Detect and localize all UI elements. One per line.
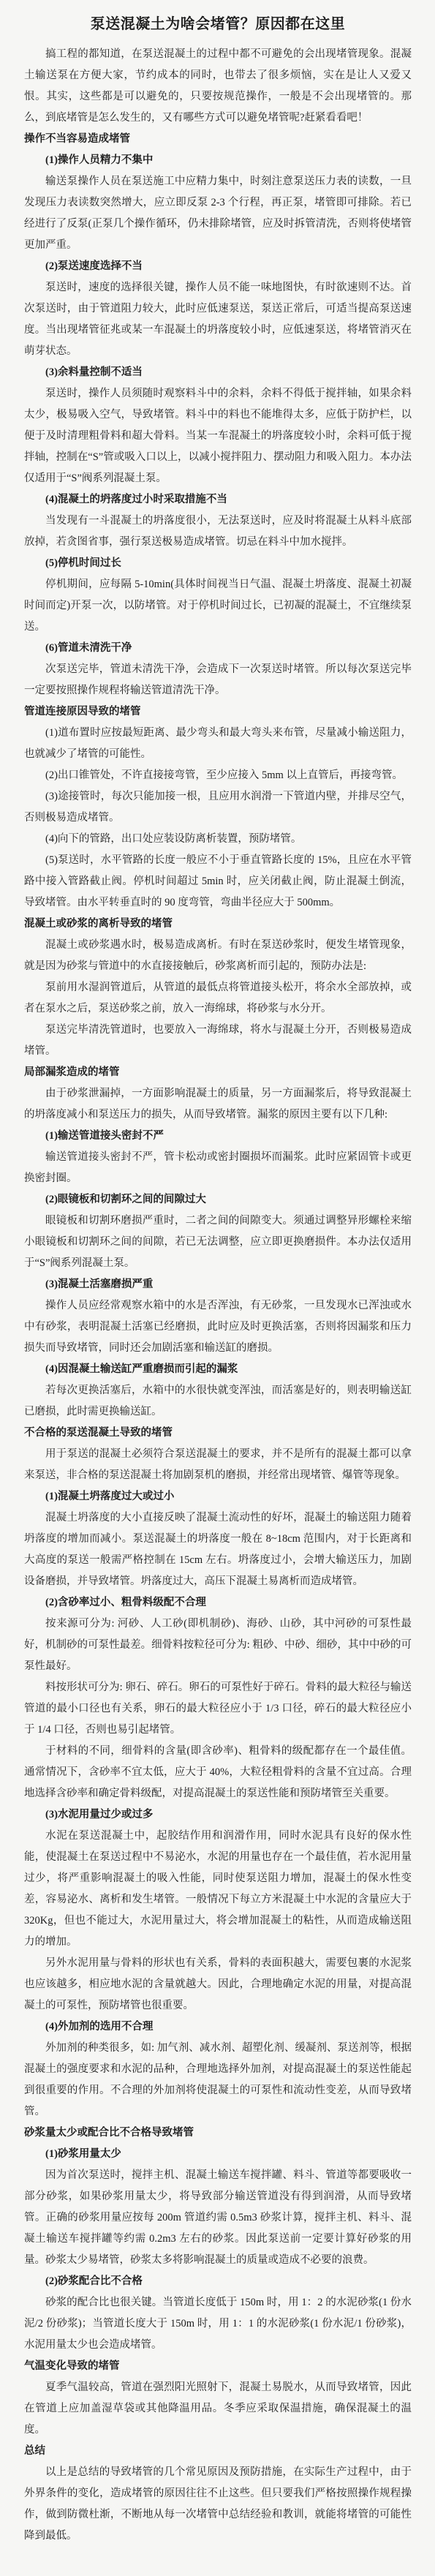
sub-heading: (1)输送管道接头密封不严	[24, 1126, 412, 1147]
paragraph: 输送管道接头密封不严，管卡松动或密封圈损坏而漏浆。此时应紧固管卡或更换密封圈。	[24, 1147, 412, 1189]
paragraph: (4)向下的管路，出口处应装设防离析装置，预防堵管。	[24, 829, 412, 850]
sub-heading: (3)余料量控制不适当	[24, 362, 412, 383]
sub-heading: (2)眼镜板和切割环之间的间隙过大	[24, 1189, 412, 1210]
section-heading: 总结	[24, 2441, 412, 2462]
paragraph: 泵送完毕清洗管道时，也要放入一海绵球，将水与混凝土分开，否则极易造成堵管。	[24, 1020, 412, 1062]
section-heading: 操作不当容易造成堵管	[24, 129, 412, 150]
paragraph: 当发现有一斗混凝土的坍落度很小，无法泵送时，应及时将混凝土从料斗底部放掉，若贪图…	[24, 511, 412, 553]
paragraph: 以上是总结的导致堵管的几个常见原因及预防措施，在实际生产过程中，由于外界条件的变…	[24, 2462, 412, 2547]
intro-paragraph: 搞工程的都知道，在泵送混凝土的过程中都不可避免的会出现堵管现象。混凝土输送泵在方…	[24, 44, 412, 129]
paragraph: 另外水泥用量与骨料的形状也有关系，骨料的表面积越大，需要包裹的水泥浆也应该越多，…	[24, 1953, 412, 2016]
sub-heading: (2)含砂率过小、粗骨料级配不合理	[24, 1592, 412, 1613]
paragraph: 夏季气温较高，管道在强烈阳光照射下，混凝土易脱水，从而导致堵管，因此在管道上应加…	[24, 2377, 412, 2441]
paragraph: 泵送时，速度的选择很关键，操作人员不能一味地图快，有时欲速则不达。首次泵送时，由…	[24, 277, 412, 362]
sub-heading: (4)混凝土的坍落度过小时采取措施不当	[24, 489, 412, 511]
sub-heading: (4)因混凝土输送缸严重磨损而引起的漏浆	[24, 1359, 412, 1380]
paragraph: 若每次更换活塞后，水箱中的水很快就变浑浊，而活塞是好的，则表明输送缸已磨损，此时…	[24, 1380, 412, 1423]
paragraph: 用于泵送的混凝土必须符合泵送混凝土的要求，并不是所有的混凝土都可以拿来泵送，非合…	[24, 1444, 412, 1486]
sub-heading: (4)外加剂的选用不合理	[24, 2016, 412, 2038]
paragraph: 料按形状可分为: 卵石、碎石。卵石的可泵性好于碎石。骨料的最大粒径与输送管道的最…	[24, 1677, 412, 1741]
section-heading: 混凝土或砂浆的离析导致的堵管	[24, 914, 412, 935]
paragraph: 砂浆的配合比也很关键。当管道长度低于 150m 时，用 1：2 的水泥砂浆(1 …	[24, 2292, 412, 2356]
page-title: 泵送混凝土为啥会堵管？原因都在这里	[24, 13, 412, 35]
paragraph: 混凝土或砂浆遇水时，极易造成离析。有时在泵送砂浆时，便发生堵管现象，就是因为砂浆…	[24, 935, 412, 977]
paragraph: 因为首次泵送时，搅拌主机、混凝土输送车搅拌罐、料斗、管道等都要吸收一部分砂浆，如…	[24, 2165, 412, 2271]
paragraph: 于材料的不同，细骨料的含量(即含砂率)、粗骨料的级配都存在一个最佳值。通常情况下…	[24, 1741, 412, 1804]
sub-heading: (5)停机时间过长	[24, 553, 412, 574]
paragraph: (3)途接管时，每次只能加接一根，且应用水润滑一下管道内壁，并排尽空气，否则极易…	[24, 786, 412, 829]
section-heading: 管道连接原因导致的堵管	[24, 701, 412, 723]
paragraph: (5)泵送时，水平管路的长度一般应不小于垂直管路长度的 15%，且应在水平管路中…	[24, 850, 412, 914]
sub-heading: (3)混凝土活塞磨损严重	[24, 1274, 412, 1295]
paragraph: 眼镜板和切割环磨损严重时，二者之间的间隙变大。须通过调整异形螺栓来缩小眼镜板和切…	[24, 1210, 412, 1274]
section-heading: 气温变化导致的堵管	[24, 2356, 412, 2377]
paragraph: (1)道布置时应按最短距离、最少弯头和最大弯头来布管，尽量减小输送阻力，也就减少…	[24, 723, 412, 765]
sub-heading: (1)混凝土坍落度过大或过小	[24, 1486, 412, 1507]
paragraph: 按来源可分为: 河砂、人工砂(即机制砂)、海砂、山砂，其中河砂的可泵性最好，机制…	[24, 1613, 412, 1677]
paragraph: 泵送时，操作人员须随时观察料斗中的余料，余料不得低于搅拌轴，如果余料太少，极易吸…	[24, 383, 412, 489]
paragraph: 泵前用水湿润管道后，从管道的最低点将管道接头松开，将余水全部放掉，或者在泵水之后…	[24, 977, 412, 1020]
document-page: 泵送混凝土为啥会堵管？原因都在这里 搞工程的都知道，在泵送混凝土的过程中都不可避…	[0, 0, 435, 2576]
sub-heading: (1)砂浆用量太少	[24, 2144, 412, 2165]
paragraph: 次泵送完毕，管道未清洗干净，会造成下一次泵送时堵管。所以每次泵送完毕一定要按照操…	[24, 659, 412, 701]
paragraph: (2)出口锥管处，不许直接接弯管，至少应接入 5mm 以上直管后，再接弯管。	[24, 765, 412, 786]
section-heading: 局部漏浆造成的堵管	[24, 1062, 412, 1083]
sub-heading: (6)管道未清洗干净	[24, 638, 412, 659]
paragraph: 水泥在泵送混凝土中，起胶结作用和润滑作用，同时水泥具有良好的保水性能，使混凝土在…	[24, 1826, 412, 1953]
paragraph: 由于砂浆泄漏掉，一方面影响混凝土的质量，另一方面漏浆后，将导致混凝土的坍落度减小…	[24, 1083, 412, 1126]
sub-heading: (2)砂浆配合比不合格	[24, 2271, 412, 2292]
paragraph: 外加剂的种类很多，如: 加气剂、减水剂、超塑化剂、缓凝剂、泵送剂等，根据混凝土的…	[24, 2038, 412, 2123]
sub-heading: (1)操作人员精力不集中	[24, 150, 412, 171]
sub-heading: (2)泵送速度选择不当	[24, 256, 412, 277]
paragraph: 停机期间，应每隔 5-10min(具体时间视当日气温、混凝土坍落度、混凝土初凝时…	[24, 574, 412, 638]
sub-heading: (3)水泥用量过少或过多	[24, 1804, 412, 1826]
section-heading: 砂浆量太少或配合比不合格导致堵管	[24, 2123, 412, 2144]
paragraph: 输送泵操作人员在泵送施工中应精力集中，时刻注意泵送压力表的读数，一旦发现压力表读…	[24, 171, 412, 256]
section-heading: 不合格的泵送混凝土导致的堵管	[24, 1423, 412, 1444]
paragraph: 混凝土坍落度的大小直接反映了混凝土流动性的好坏，混凝土的输送阻力随着坍落度的增加…	[24, 1507, 412, 1592]
paragraph: 操作人员应经常观察水箱中的水是否浑浊，有无砂浆，一旦发现水已浑浊或水中有砂浆，表…	[24, 1295, 412, 1359]
